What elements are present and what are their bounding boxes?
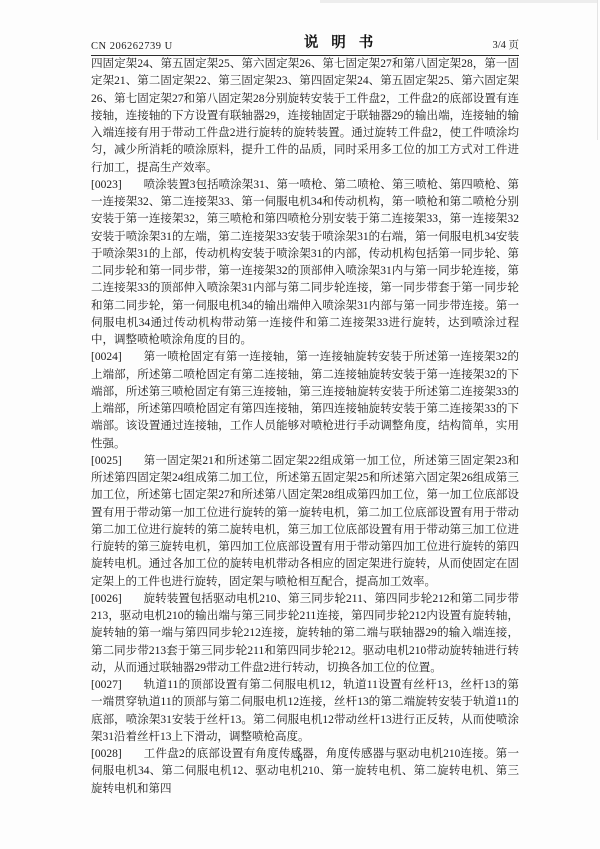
specification-body: 四固定架24、第五固定架25、第六固定架26、第七固定架27和第八固定架28，第… [91, 56, 519, 798]
document-number: CN 206262739 U [91, 41, 173, 52]
paragraph-number: [0023] [91, 177, 122, 194]
paragraph-text: 喷涂装置3包括喷涂架31、第一喷枪、第二喷枪、第三喷枪、第四喷枪、第一连接架32… [91, 179, 519, 346]
page-header: CN 206262739 U 说明书 3/4 页 [91, 31, 519, 56]
paragraph-0023: [0023]喷涂装置3包括喷涂架31、第一喷枪、第二喷枪、第三喷枪、第四喷枪、第… [91, 177, 519, 350]
document-title: 说明书 [304, 31, 387, 52]
paragraph-number: [0025] [91, 453, 122, 470]
paragraph-0025: [0025]第一固定架21和所述第二固定架22组成第一加工位，所述第三固定架23… [91, 453, 519, 591]
scan-artifact-top [320, 0, 598, 3]
paragraph-number: [0027] [91, 677, 122, 694]
paragraph-0027: [0027]轨道11的顶部设置有第二伺服电机12，轨道11设置有丝杆13，丝杆1… [91, 677, 519, 746]
footer-page-number: 6 [0, 752, 600, 764]
paragraph-text: 第一喷枪固定有第一连接轴，第一连接轴旋转安装于所述第一连接架32的上端部，所述第… [91, 351, 519, 449]
patent-specification-page: CN 206262739 U 说明书 3/4 页 四固定架24、第五固定架25、… [0, 0, 600, 849]
paragraph-text: 四固定架24、第五固定架25、第六固定架26、第七固定架27和第八固定架28，第… [91, 58, 519, 174]
paragraph-continuation: 四固定架24、第五固定架25、第六固定架26、第七固定架27和第八固定架28，第… [91, 56, 519, 177]
paragraph-number: [0024] [91, 349, 122, 366]
paragraph-text: 旋转装置包括驱动电机210、第三同步轮211、第四同步轮212和第二同步带213… [91, 593, 519, 674]
paragraph-number: [0026] [91, 591, 122, 608]
paragraph-text: 轨道11的顶部设置有第二伺服电机12，轨道11设置有丝杆13，丝杆13的第一端贯… [91, 679, 519, 743]
scan-artifact-right-edge [597, 0, 598, 140]
paragraph-0024: [0024]第一喷枪固定有第一连接轴，第一连接轴旋转安装于所述第一连接架32的上… [91, 349, 519, 453]
page-indicator: 3/4 页 [492, 37, 519, 52]
paragraph-text: 第一固定架21和所述第二固定架22组成第一加工位，所述第三固定架23和所述第四固… [91, 455, 519, 588]
paragraph-0026: [0026]旋转装置包括驱动电机210、第三同步轮211、第四同步轮212和第二… [91, 591, 519, 677]
